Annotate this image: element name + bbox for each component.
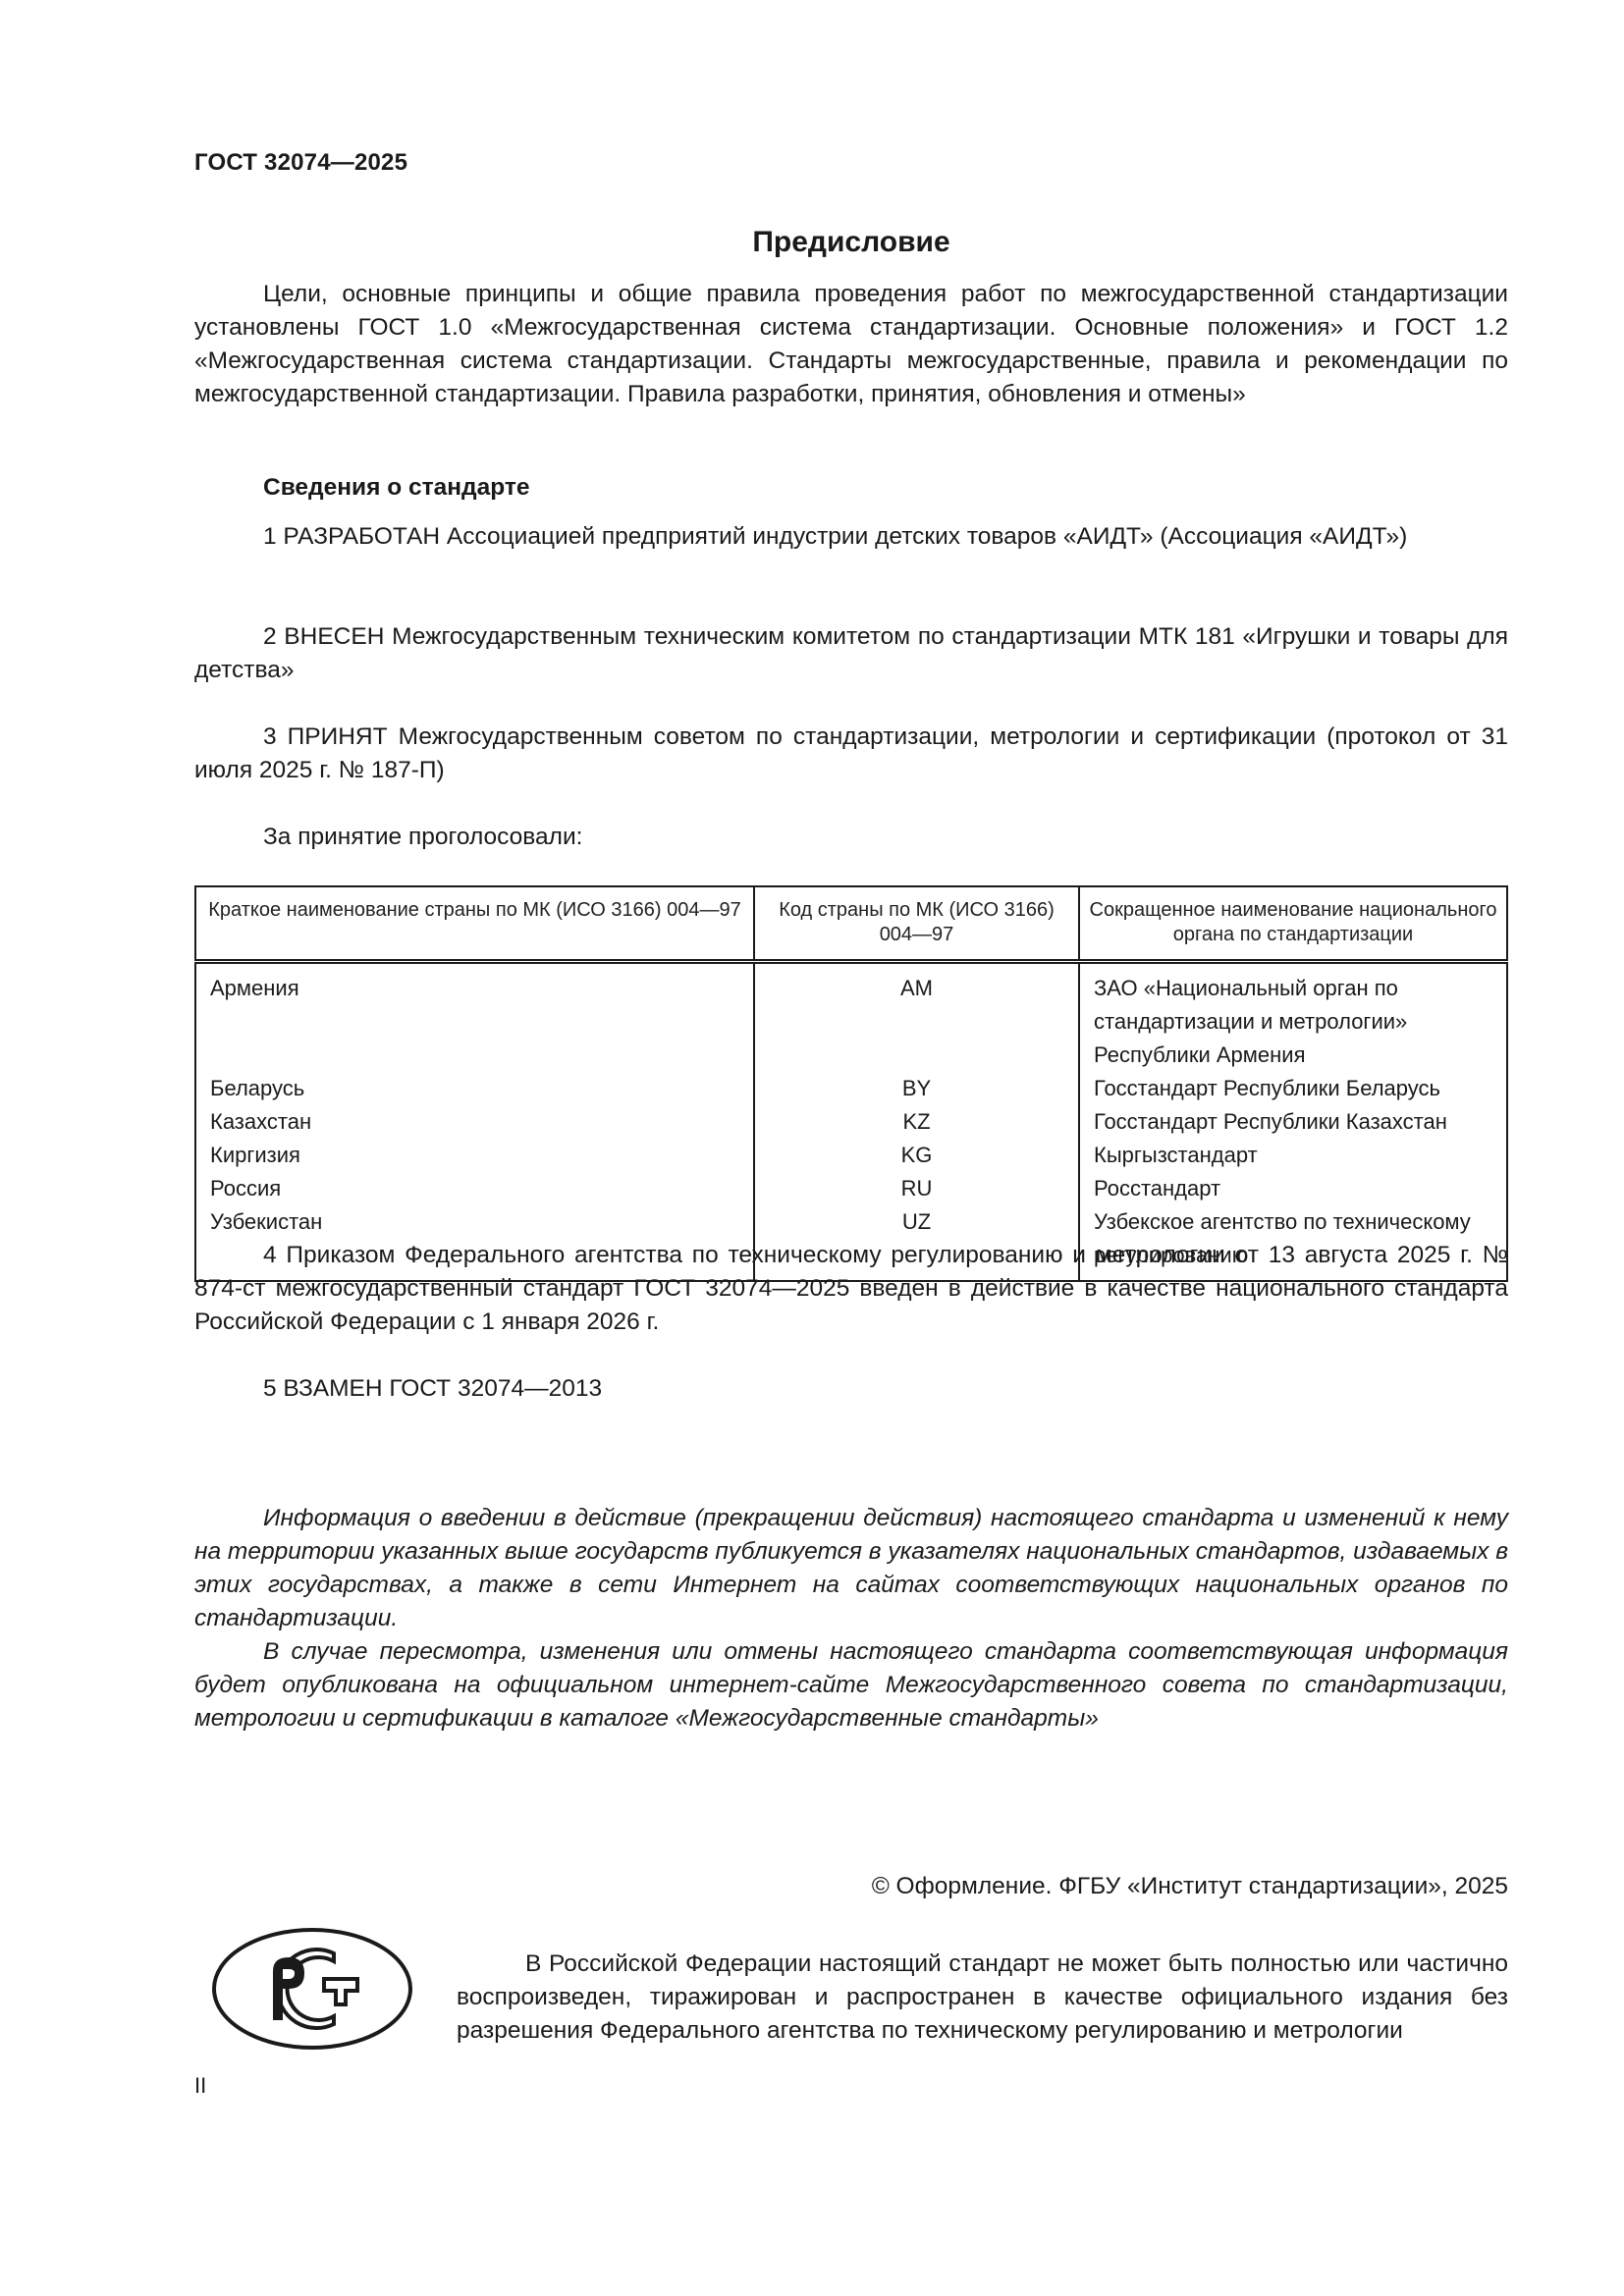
header-country-code: Код страны по МК (ИСО 3166) 004—97 <box>754 886 1079 962</box>
section-heading: Сведения о стандарте <box>194 471 1508 505</box>
country-cell: Армения <box>195 962 754 1073</box>
info-note-revision: В случае пересмотра, изменения или отмен… <box>194 1635 1508 1735</box>
table-row: Казахстан KZ Госстандарт Республики Каза… <box>195 1105 1507 1139</box>
rst-gost-logo-icon <box>210 1926 414 2052</box>
info-note-publication: Информация о введении в действие (прекра… <box>194 1502 1508 1635</box>
intro-paragraph: Цели, основные принципы и общие правила … <box>194 278 1508 411</box>
header-national-body: Сокращенное наименование национального о… <box>1079 886 1507 962</box>
reproduction-notice: В Российской Федерации настоящий стандар… <box>457 1948 1508 2048</box>
copyright-line: © Оформление. ФГБУ «Институт стандартиза… <box>872 1873 1508 1900</box>
voted-label: За принятие проголосовали: <box>194 821 1508 854</box>
body-cell: Кыргызстандарт <box>1079 1139 1507 1172</box>
body-cell: ЗАО «Национальный орган по стандартизаци… <box>1079 962 1507 1073</box>
body-cell: Госстандарт Республики Беларусь <box>1079 1072 1507 1105</box>
table-header-row: Краткое наименование страны по МК (ИСО 3… <box>195 886 1507 962</box>
country-cell: Киргизия <box>195 1139 754 1172</box>
item-developed: 1 РАЗРАБОТАН Ассоциацией предприятий инд… <box>194 520 1508 554</box>
voting-countries-table: Краткое наименование страны по МК (ИСО 3… <box>194 885 1508 1282</box>
item-introduced: 2 ВНЕСЕН Межгосударственным техническим … <box>194 620 1508 687</box>
doc-code-header: ГОСТ 32074—2025 <box>194 149 407 177</box>
body-cell: Госстандарт Республики Казахстан <box>1079 1105 1507 1139</box>
code-cell: BY <box>754 1072 1079 1105</box>
item-replaces: 5 ВЗАМЕН ГОСТ 32074—2013 <box>194 1372 1508 1406</box>
item-adopted: 3 ПРИНЯТ Межгосударственным советом по с… <box>194 721 1508 787</box>
country-cell: Беларусь <box>195 1072 754 1105</box>
item-order: 4 Приказом Федерального агентства по тех… <box>194 1239 1508 1339</box>
code-cell: KZ <box>754 1105 1079 1139</box>
page-number: II <box>194 2073 206 2099</box>
table-row: Киргизия KG Кыргызстандарт <box>195 1139 1507 1172</box>
code-cell: KG <box>754 1139 1079 1172</box>
page-title: Предисловие <box>194 226 1508 259</box>
table-row: Беларусь BY Госстандарт Республики Белар… <box>195 1072 1507 1105</box>
table-row: Россия RU Росстандарт <box>195 1172 1507 1205</box>
code-cell: AM <box>754 962 1079 1073</box>
body-cell: Росстандарт <box>1079 1172 1507 1205</box>
code-cell: RU <box>754 1172 1079 1205</box>
table-row: Армения AM ЗАО «Национальный орган по ст… <box>195 962 1507 1073</box>
header-country-name: Краткое наименование страны по МК (ИСО 3… <box>195 886 754 962</box>
country-cell: Казахстан <box>195 1105 754 1139</box>
country-cell: Россия <box>195 1172 754 1205</box>
